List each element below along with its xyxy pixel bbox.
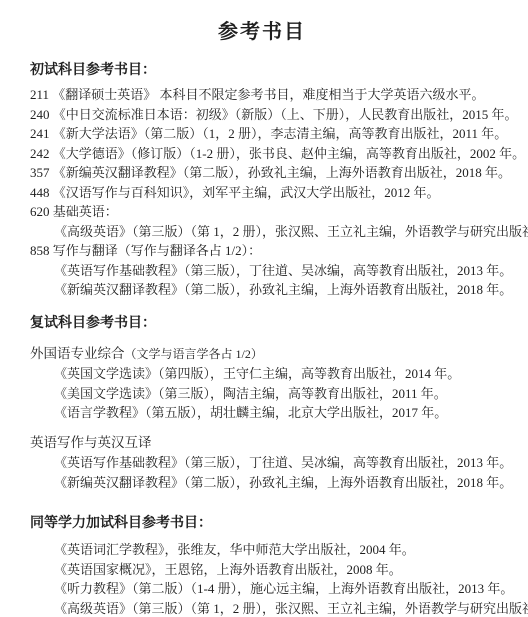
book-entry: 《语言学教程》（第五版），胡壮麟主编，北京大学出版社，2017 年。 xyxy=(30,403,504,423)
book-entry-241: 241 《新大学法语》（第二版）（1，2 册），李志清主编，高等教育出版社，20… xyxy=(30,124,504,144)
retest-subject-comprehensive-label: 外国语专业综合 xyxy=(30,346,125,361)
book-entry-620-sub: 《高级英语》（第三版）（第 1，2 册），张汉熙、王立礼主编，外语教学与研究出版… xyxy=(30,222,504,242)
equivalent-qualification-book-list: 《英语词汇学教程》，张维友，华中师范大学出版社，2004 年。 《英语国家概况》… xyxy=(30,540,504,617)
reference-book-list-page: 参考书目 初试科目参考书目： 211 《翻译硕士英语》 本科目不限定参考书目，难… xyxy=(0,0,528,617)
book-entry-858-sub1: 《英语写作基础教程》（第三版），丁往道、吴冰编，高等教育出版社，2013 年。 xyxy=(30,261,504,281)
initial-exam-book-list: 211 《翻译硕士英语》 本科目不限定参考书目，难度相当于大学英语六级水平。 2… xyxy=(30,85,504,300)
book-entry-240: 240 《中日交流标准日本语：初级》（新版）（上、下册），人民教育出版社，201… xyxy=(30,105,504,125)
book-entry-620: 620 基础英语： xyxy=(30,202,504,222)
retest-subject-writing-translation-label: 英语写作与英汉互译 xyxy=(30,435,152,450)
book-entry: 《高级英语》（第三版）（第 1，2 册），张汉熙、王立礼主编，外语教学与研究出版… xyxy=(30,599,504,617)
retest-subject-comprehensive-note: （文学与语言学各占 1/2） xyxy=(125,347,263,361)
book-entry-242: 242 《大学德语》（修订版）（1-2 册），张书良、赵仲主编，高等教育出版社，… xyxy=(30,144,504,164)
book-entry: 《英语国家概况》，王恩铭，上海外语教育出版社，2008 年。 xyxy=(30,560,504,580)
book-entry: 《新编英汉翻译教程》（第二版），孙致礼主编，上海外语教育出版社，2018 年。 xyxy=(30,473,504,493)
book-entry: 《英国文学选读》（第四版），王守仁主编，高等教育出版社，2014 年。 xyxy=(30,364,504,384)
book-entry: 《英语写作基础教程》（第三版），丁往道、吴冰编，高等教育出版社，2013 年。 xyxy=(30,453,504,473)
book-entry-211: 211 《翻译硕士英语》 本科目不限定参考书目，难度相当于大学英语六级水平。 xyxy=(30,85,504,105)
retest-writing-book-list: 《英语写作基础教程》（第三版），丁往道、吴冰编，高等教育出版社，2013 年。 … xyxy=(30,453,504,492)
section-equivalent-qualification: 同等学力加试科目参考书目： 《英语词汇学教程》，张维友，华中师范大学出版社，20… xyxy=(30,513,504,617)
book-entry-357: 357 《新编英汉翻译教程》（第二版），孙致礼主编，上海外语教育出版社，2018… xyxy=(30,163,504,183)
book-entry-448: 448 《汉语写作与百科知识》，刘军平主编，武汉大学出版社，2012 年。 xyxy=(30,183,504,203)
retest-subject-comprehensive: 外国语专业综合（文学与语言学各占 1/2） xyxy=(30,344,504,365)
book-entry: 《美国文学选读》（第三版），陶洁主编，高等教育出版社，2011 年。 xyxy=(30,384,504,404)
page-title: 参考书目 xyxy=(30,20,494,44)
retest-comprehensive-book-list: 《英国文学选读》（第四版），王守仁主编，高等教育出版社，2014 年。 《美国文… xyxy=(30,364,504,423)
book-entry: 《英语词汇学教程》，张维友，华中师范大学出版社，2004 年。 xyxy=(30,540,504,560)
book-entry-858: 858 写作与翻译（写作与翻译各占 1/2）： xyxy=(30,241,504,261)
section-initial-exam: 初试科目参考书目： 211 《翻译硕士英语》 本科目不限定参考书目，难度相当于大… xyxy=(30,60,504,300)
retest-subject-writing-translation: 英语写作与英汉互译 xyxy=(30,433,504,454)
book-entry-858-sub2: 《新编英汉翻译教程》（第二版），孙致礼主编，上海外语教育出版社，2018 年。 xyxy=(30,280,504,300)
equivalent-qualification-heading: 同等学力加试科目参考书目： xyxy=(30,513,504,531)
retest-heading: 复试科目参考书目： xyxy=(30,313,504,331)
section-retest: 复试科目参考书目： 外国语专业综合（文学与语言学各占 1/2） 《英国文学选读》… xyxy=(30,313,504,493)
book-entry: 《听力教程》（第二版）（1-4 册），施心远主编，上海外语教育出版社，2013 … xyxy=(30,579,504,599)
initial-exam-heading: 初试科目参考书目： xyxy=(30,60,504,78)
